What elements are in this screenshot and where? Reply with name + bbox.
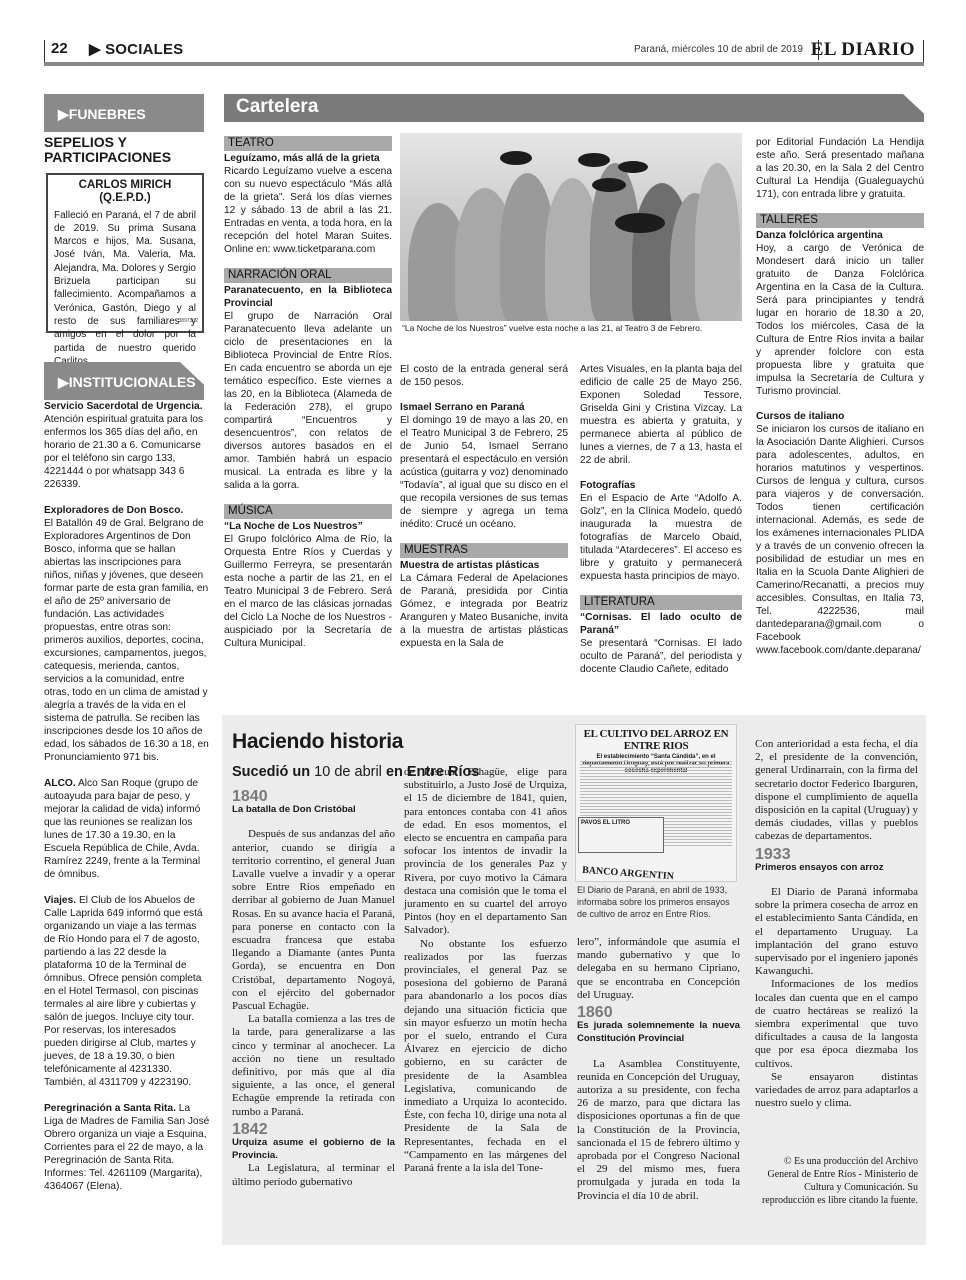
- article-title: Fotografías: [580, 479, 742, 492]
- clipping-ad-box: PAVOS EL LITRO: [578, 817, 664, 853]
- category-muestras: MUESTRAS: [400, 543, 568, 558]
- page-number: 22: [51, 40, 68, 57]
- article-text: El domingo 19 de mayo a las 20, en el Te…: [400, 414, 568, 531]
- category-teatro: TEATRO: [224, 136, 392, 151]
- article-text: Se presentará “Cornisas. El lado oculto …: [580, 637, 742, 676]
- article-text: Hoy, a cargo de Verónica de Mondesert da…: [756, 242, 924, 398]
- event-text: Después de sus andanzas del año anterior…: [232, 828, 395, 1013]
- historia-title: Haciendo historia: [232, 730, 403, 754]
- musica-continued: El costo de la entrada general será de 1…: [400, 363, 568, 389]
- event-text: Con anterioridad a esta fecha, el día 2,…: [755, 738, 918, 844]
- inst-item: Peregrinación a Santa Rita. La Liga de M…: [44, 1102, 210, 1193]
- event-text: Informaciones de los medios locales dan …: [755, 978, 918, 1070]
- article-text: Ricardo Leguízamo vuelve a escena con su…: [224, 165, 392, 256]
- inst-item-title: Peregrinación a Santa Rita.: [44, 1103, 176, 1114]
- newspaper-logo: EL DIARIO: [811, 39, 915, 61]
- cartelera-col-4: por Editorial Fundación La Hendija este …: [756, 136, 924, 669]
- inst-item-text: El Batallón 49 de Gral. Belgrano de Expl…: [44, 518, 209, 763]
- year-1860: 1860: [577, 1006, 740, 1019]
- cartelera-col-3: Artes Visuales, en la planta baja del ed…: [580, 363, 742, 688]
- clipping-caption: El Diario de Paraná, en abril de 1933, i…: [577, 884, 741, 920]
- article-title: “La Noche de Los Nuestros”: [224, 520, 392, 533]
- event-text: lero”, informándole que asumía el mando …: [577, 936, 740, 1002]
- event-title: La batalla de Don Cristóbal: [232, 803, 395, 816]
- inst-item-text: Alco San Roque (grupo de autoayuda para …: [44, 778, 200, 880]
- event-text: No obstante los esfuerzo realizados por …: [404, 938, 567, 1176]
- section-name: ▶ SOCIALES: [89, 40, 183, 58]
- muestras-continued: Artes Visuales, en la planta baja del ed…: [580, 363, 742, 467]
- obituary-name: CARLOS MIRICH (Q.E.P.D.): [54, 179, 196, 206]
- category-talleres: TALLERES: [756, 213, 924, 228]
- institucionales-list: Servicio Sacerdotal de Urgencia.Atención…: [44, 400, 210, 1206]
- article-text: Se iniciaron los cursos de italiano en l…: [756, 423, 924, 657]
- category-literatura: LITERATURA: [580, 595, 742, 610]
- obituary-code: 3897302: [179, 315, 198, 328]
- inst-item-title: Servicio Sacerdotal de Urgencia.: [44, 401, 203, 412]
- article-text: El Grupo folclórico Alma de Río, la Orqu…: [224, 533, 392, 650]
- inst-item-title: Viajes.: [44, 895, 76, 906]
- inst-item: Servicio Sacerdotal de Urgencia.Atención…: [44, 400, 210, 491]
- subtitle-date: 10 de abril: [310, 764, 386, 780]
- cartelera-col-2: El costo de la entrada general será de 1…: [400, 363, 568, 662]
- article-title: Muestra de artistas plásticas: [400, 559, 568, 572]
- literatura-continued: por Editorial Fundación La Hendija este …: [756, 136, 924, 201]
- event-text: La batalla comienza a las tres de la tar…: [232, 1013, 395, 1119]
- inst-item: ALCO. Alco San Roque (grupo de autoayuda…: [44, 777, 210, 881]
- clipping-headline: EL CULTIVO DEL ARROZ EN ENTRE RIOS: [576, 725, 736, 752]
- cartelera-col-1: TEATRO Leguízamo, más allá de la grieta …: [224, 136, 392, 662]
- event-title: Primeros ensayos con arroz: [755, 861, 918, 874]
- inst-item-text: La Liga de Madres de Familia San José Ob…: [44, 1103, 209, 1192]
- historia-col-2: de Pascual Echagüe, elige para substitui…: [404, 766, 567, 1175]
- inst-item: Exploradores de Don Bosco.El Batallón 49…: [44, 504, 210, 764]
- subtitle-part: Sucedió un: [232, 764, 310, 780]
- article-title: Leguízamo, más allá de la grieta: [224, 152, 392, 165]
- event-title: Urquiza asume el gobierno de la Provinci…: [232, 1136, 395, 1162]
- folklore-group-photo: [400, 133, 742, 321]
- article-title: Danza folclórica argentina: [756, 229, 924, 242]
- article-title: Paranatecuento, en la Biblioteca Provinc…: [224, 284, 392, 310]
- inst-item-text: El Club de los Abuelos de Calle Laprida …: [44, 895, 203, 1088]
- cartelera-header: Cartelera: [224, 94, 924, 122]
- newspaper-clipping: EL CULTIVO DEL ARROZ EN ENTRE RIOS El es…: [575, 724, 737, 882]
- article-title: Ismael Serrano en Paraná: [400, 401, 568, 414]
- event-title: Es jurada solemnemente la nueva Constitu…: [577, 1019, 740, 1045]
- category-musica: MÚSICA: [224, 504, 392, 519]
- article-text: El grupo de Narración Oral Paranatecuent…: [224, 310, 392, 492]
- sepelios-title: SEPELIOS Y PARTICIPACIONES: [44, 135, 204, 165]
- header-rule: [44, 62, 924, 66]
- article-text: En el Espacio de Arte “Adolfo A. Golz”, …: [580, 492, 742, 583]
- inst-item-title: ALCO.: [44, 778, 76, 789]
- event-text: Se ensayaron distintas variedades de arr…: [755, 1071, 918, 1111]
- historia-col-1: 1840 La batalla de Don Cristóbal Después…: [232, 786, 395, 1189]
- historia-col-3: lero”, informándole que asumía el mando …: [577, 936, 740, 1203]
- obituary-notice: CARLOS MIRICH (Q.E.P.D.) Falleció en Par…: [46, 173, 204, 333]
- historia-credit: © Es una producción del Archivo General …: [758, 1155, 918, 1207]
- year-1933: 1933: [755, 848, 918, 861]
- year-1842: 1842: [232, 1123, 395, 1136]
- event-text: El Diario de Paraná informaba sobre la p…: [755, 886, 918, 978]
- clipping-banco: BANCO ARGENTIN: [582, 865, 675, 882]
- historia-col-4: Con anterioridad a esta fecha, el día 2,…: [755, 738, 918, 1110]
- event-text: La Asamblea Constituyente, reunida en Co…: [577, 1058, 740, 1203]
- category-narracion: NARRACIÓN ORAL: [224, 268, 392, 283]
- inst-item-title: Exploradores de Don Bosco.: [44, 505, 183, 516]
- article-title: “Cornisas. El lado oculto de Paraná”: [580, 611, 742, 637]
- year-1840: 1840: [232, 790, 395, 803]
- event-text: de Pascual Echagüe, elige para substitui…: [404, 766, 567, 938]
- inst-item: Viajes. El Club de los Abuelos de Calle …: [44, 894, 210, 1089]
- issue-date: Paraná, miércoles 10 de abril de 2019: [634, 44, 803, 55]
- article-title: Cursos de italiano: [756, 410, 924, 423]
- institucionales-header: ▶INSTITUCIONALES: [44, 362, 204, 400]
- article-text: La Cámara Federal de Apelaciones de Para…: [400, 572, 568, 650]
- photo-caption: “La Noche de los Nuestros” vuelve esta n…: [402, 323, 702, 333]
- inst-item-text: Atención espiritual gratuita para los en…: [44, 414, 203, 490]
- page-header: 22 ▶ SOCIALES Paraná, miércoles 10 de ab…: [44, 40, 924, 64]
- funebres-header: ▶FUNEBRES: [44, 94, 204, 132]
- obituary-text: Falleció en Paraná, el 7 de abril de 201…: [54, 209, 196, 369]
- event-text: La Legislatura, al terminar el último pe…: [232, 1162, 395, 1188]
